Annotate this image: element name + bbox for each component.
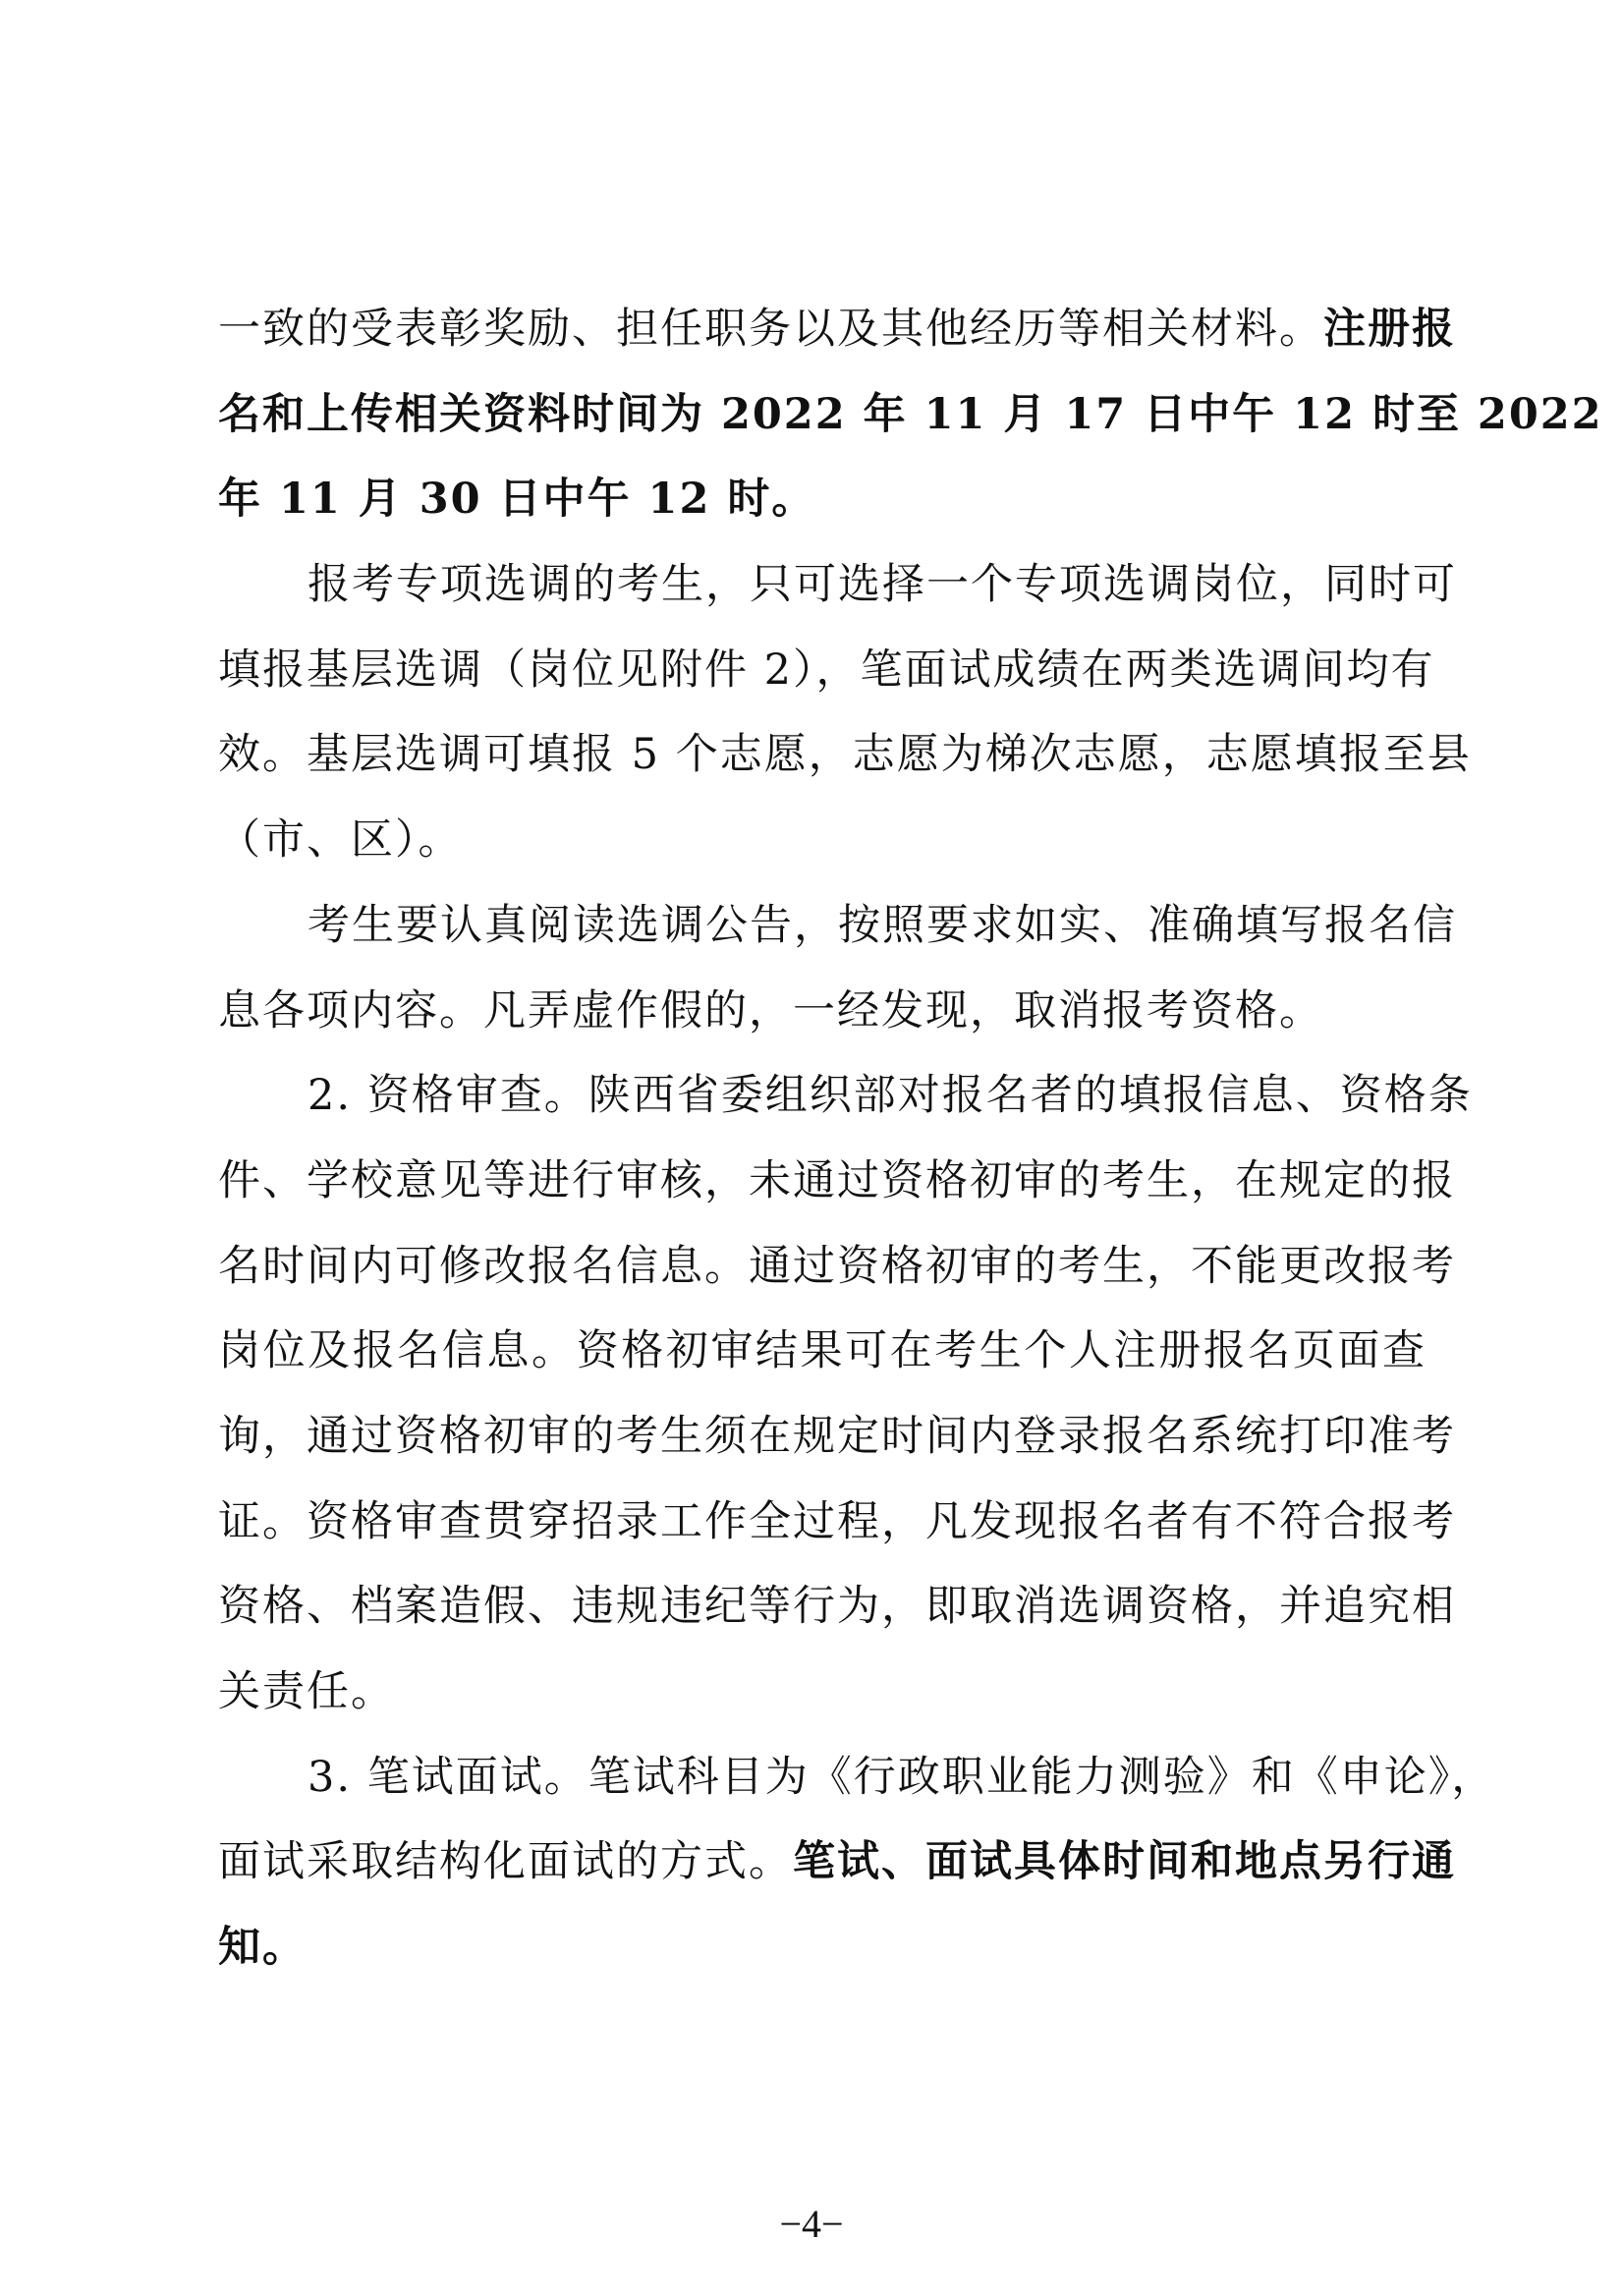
text-run: 岗位及报名信息。资格初审结果可在考生个人注册报名页面查 — [218, 1326, 1427, 1375]
paragraph-special-selection: 报考专项选调的考生，只可选择一个专项选调岗位，同时可 填报基层选调（岗位见附件 … — [218, 550, 1427, 891]
text-line: 报考专项选调的考生，只可选择一个专项选调岗位，同时可 — [218, 550, 1427, 636]
text-run: 息各项内容。凡弄虚作假的，一经发现，取消报考资格。 — [218, 986, 1323, 1036]
bold-text-run: 注册报 — [1323, 305, 1456, 354]
text-line: 填报基层选调（岗位见附件 2），笔面试成绩在两类选调间均有 — [218, 636, 1427, 721]
paragraph-registration-deadline: 一致的受表彰奖励、担任职务以及其他经历等相关材料。注册报 名和上传相关资料时间为… — [218, 295, 1427, 550]
text-run: 证。资格审查贯穿招录工作全过程，凡发现报名者有不符合报考 — [218, 1497, 1456, 1546]
text-run: 一致的受表彰奖励、担任职务以及其他经历等相关材料。 — [218, 305, 1323, 354]
document-page: 一致的受表彰奖励、担任职务以及其他经历等相关材料。注册报 名和上传相关资料时间为… — [0, 0, 1623, 2296]
text-run: 面试采取结构化面试的方式。 — [218, 1837, 793, 1886]
text-line: 效。基层选调可填报 5 个志愿，志愿为梯次志愿，志愿填报至县 — [218, 720, 1427, 806]
text-line: 关责任。 — [218, 1657, 1427, 1743]
text-line: 2. 资格审查。陕西省委组织部对报名者的填报信息、资格条 — [218, 1061, 1427, 1147]
text-line: 息各项内容。凡弄虚作假的，一经发现，取消报考资格。 — [218, 977, 1427, 1062]
text-line: （市、区）。 — [218, 806, 1427, 891]
text-run: 名时间内可修改报名信息。通过资格初审的考生，不能更改报考 — [218, 1242, 1456, 1291]
bold-text-run: 笔试、面试具体时间和地点另行通 — [793, 1837, 1456, 1886]
text-run: （市、区）。 — [218, 815, 463, 865]
text-run: 件、学校意见等进行审核，未通过资格初审的考生，在规定的报 — [218, 1156, 1456, 1205]
text-line: 证。资格审查贯穿招录工作全过程，凡发现报名者有不符合报考 — [218, 1487, 1427, 1573]
text-line: 名和上传相关资料时间为 2022 年 11 月 17 日中午 12 时至 202… — [218, 380, 1427, 466]
text-run: 效。基层选调可填报 5 个志愿，志愿为梯次志愿，志愿填报至县 — [218, 730, 1472, 779]
text-line: 考生要认真阅读选调公告，按照要求如实、准确填写报名信 — [218, 891, 1427, 977]
text-line: 资格、档案造假、违规违纪等行为，即取消选调资格，并追究相 — [218, 1572, 1427, 1657]
text-run: 报考专项选调的考生，只可选择一个专项选调岗位，同时可 — [308, 560, 1457, 609]
text-line: 知。 — [218, 1913, 1427, 1998]
body-text: 一致的受表彰奖励、担任职务以及其他经历等相关材料。注册报 名和上传相关资料时间为… — [218, 295, 1427, 1998]
text-line: 名时间内可修改报名信息。通过资格初审的考生，不能更改报考 — [218, 1232, 1427, 1317]
bold-text-run: 知。 — [218, 1923, 307, 1972]
text-run: 考生要认真阅读选调公告，按照要求如实、准确填写报名信 — [308, 901, 1457, 950]
page-number: −4− — [0, 2201, 1623, 2247]
text-line: 件、学校意见等进行审核，未通过资格初审的考生，在规定的报 — [218, 1147, 1427, 1232]
text-line: 面试采取结构化面试的方式。笔试、面试具体时间和地点另行通 — [218, 1827, 1427, 1913]
paragraph-qualification-review: 2. 资格审查。陕西省委组织部对报名者的填报信息、资格条 件、学校意见等进行审核… — [218, 1061, 1427, 1743]
text-run: 3. 笔试面试。笔试科目为《行政职业能力测验》和《申论》， — [308, 1753, 1495, 1802]
text-line: 询，通过资格初审的考生须在规定时间内登录报名系统打印准考 — [218, 1402, 1427, 1487]
text-run: 2. 资格审查。陕西省委组织部对报名者的填报信息、资格条 — [308, 1071, 1473, 1120]
text-line: 3. 笔试面试。笔试科目为《行政职业能力测验》和《申论》， — [218, 1743, 1427, 1828]
text-line: 年 11 月 30 日中午 12 时。 — [218, 465, 1427, 550]
text-line: 岗位及报名信息。资格初审结果可在考生个人注册报名页面查 — [218, 1316, 1427, 1402]
paragraph-accuracy-notice: 考生要认真阅读选调公告，按照要求如实、准确填写报名信 息各项内容。凡弄虚作假的，… — [218, 891, 1427, 1061]
text-run: 关责任。 — [218, 1667, 395, 1716]
bold-text-run: 名和上传相关资料时间为 2022 年 11 月 17 日中午 12 时至 202… — [218, 390, 1603, 439]
text-run: 资格、档案造假、违规违纪等行为，即取消选调资格，并追究相 — [218, 1582, 1456, 1631]
paragraph-exams: 3. 笔试面试。笔试科目为《行政职业能力测验》和《申论》， 面试采取结构化面试的… — [218, 1743, 1427, 1998]
text-line: 一致的受表彰奖励、担任职务以及其他经历等相关材料。注册报 — [218, 295, 1427, 380]
bold-text-run: 年 11 月 30 日中午 12 时。 — [218, 475, 815, 524]
text-run: 询，通过资格初审的考生须在规定时间内登录报名系统打印准考 — [218, 1412, 1456, 1461]
text-run: 填报基层选调（岗位见附件 2），笔面试成绩在两类选调间均有 — [218, 645, 1435, 695]
